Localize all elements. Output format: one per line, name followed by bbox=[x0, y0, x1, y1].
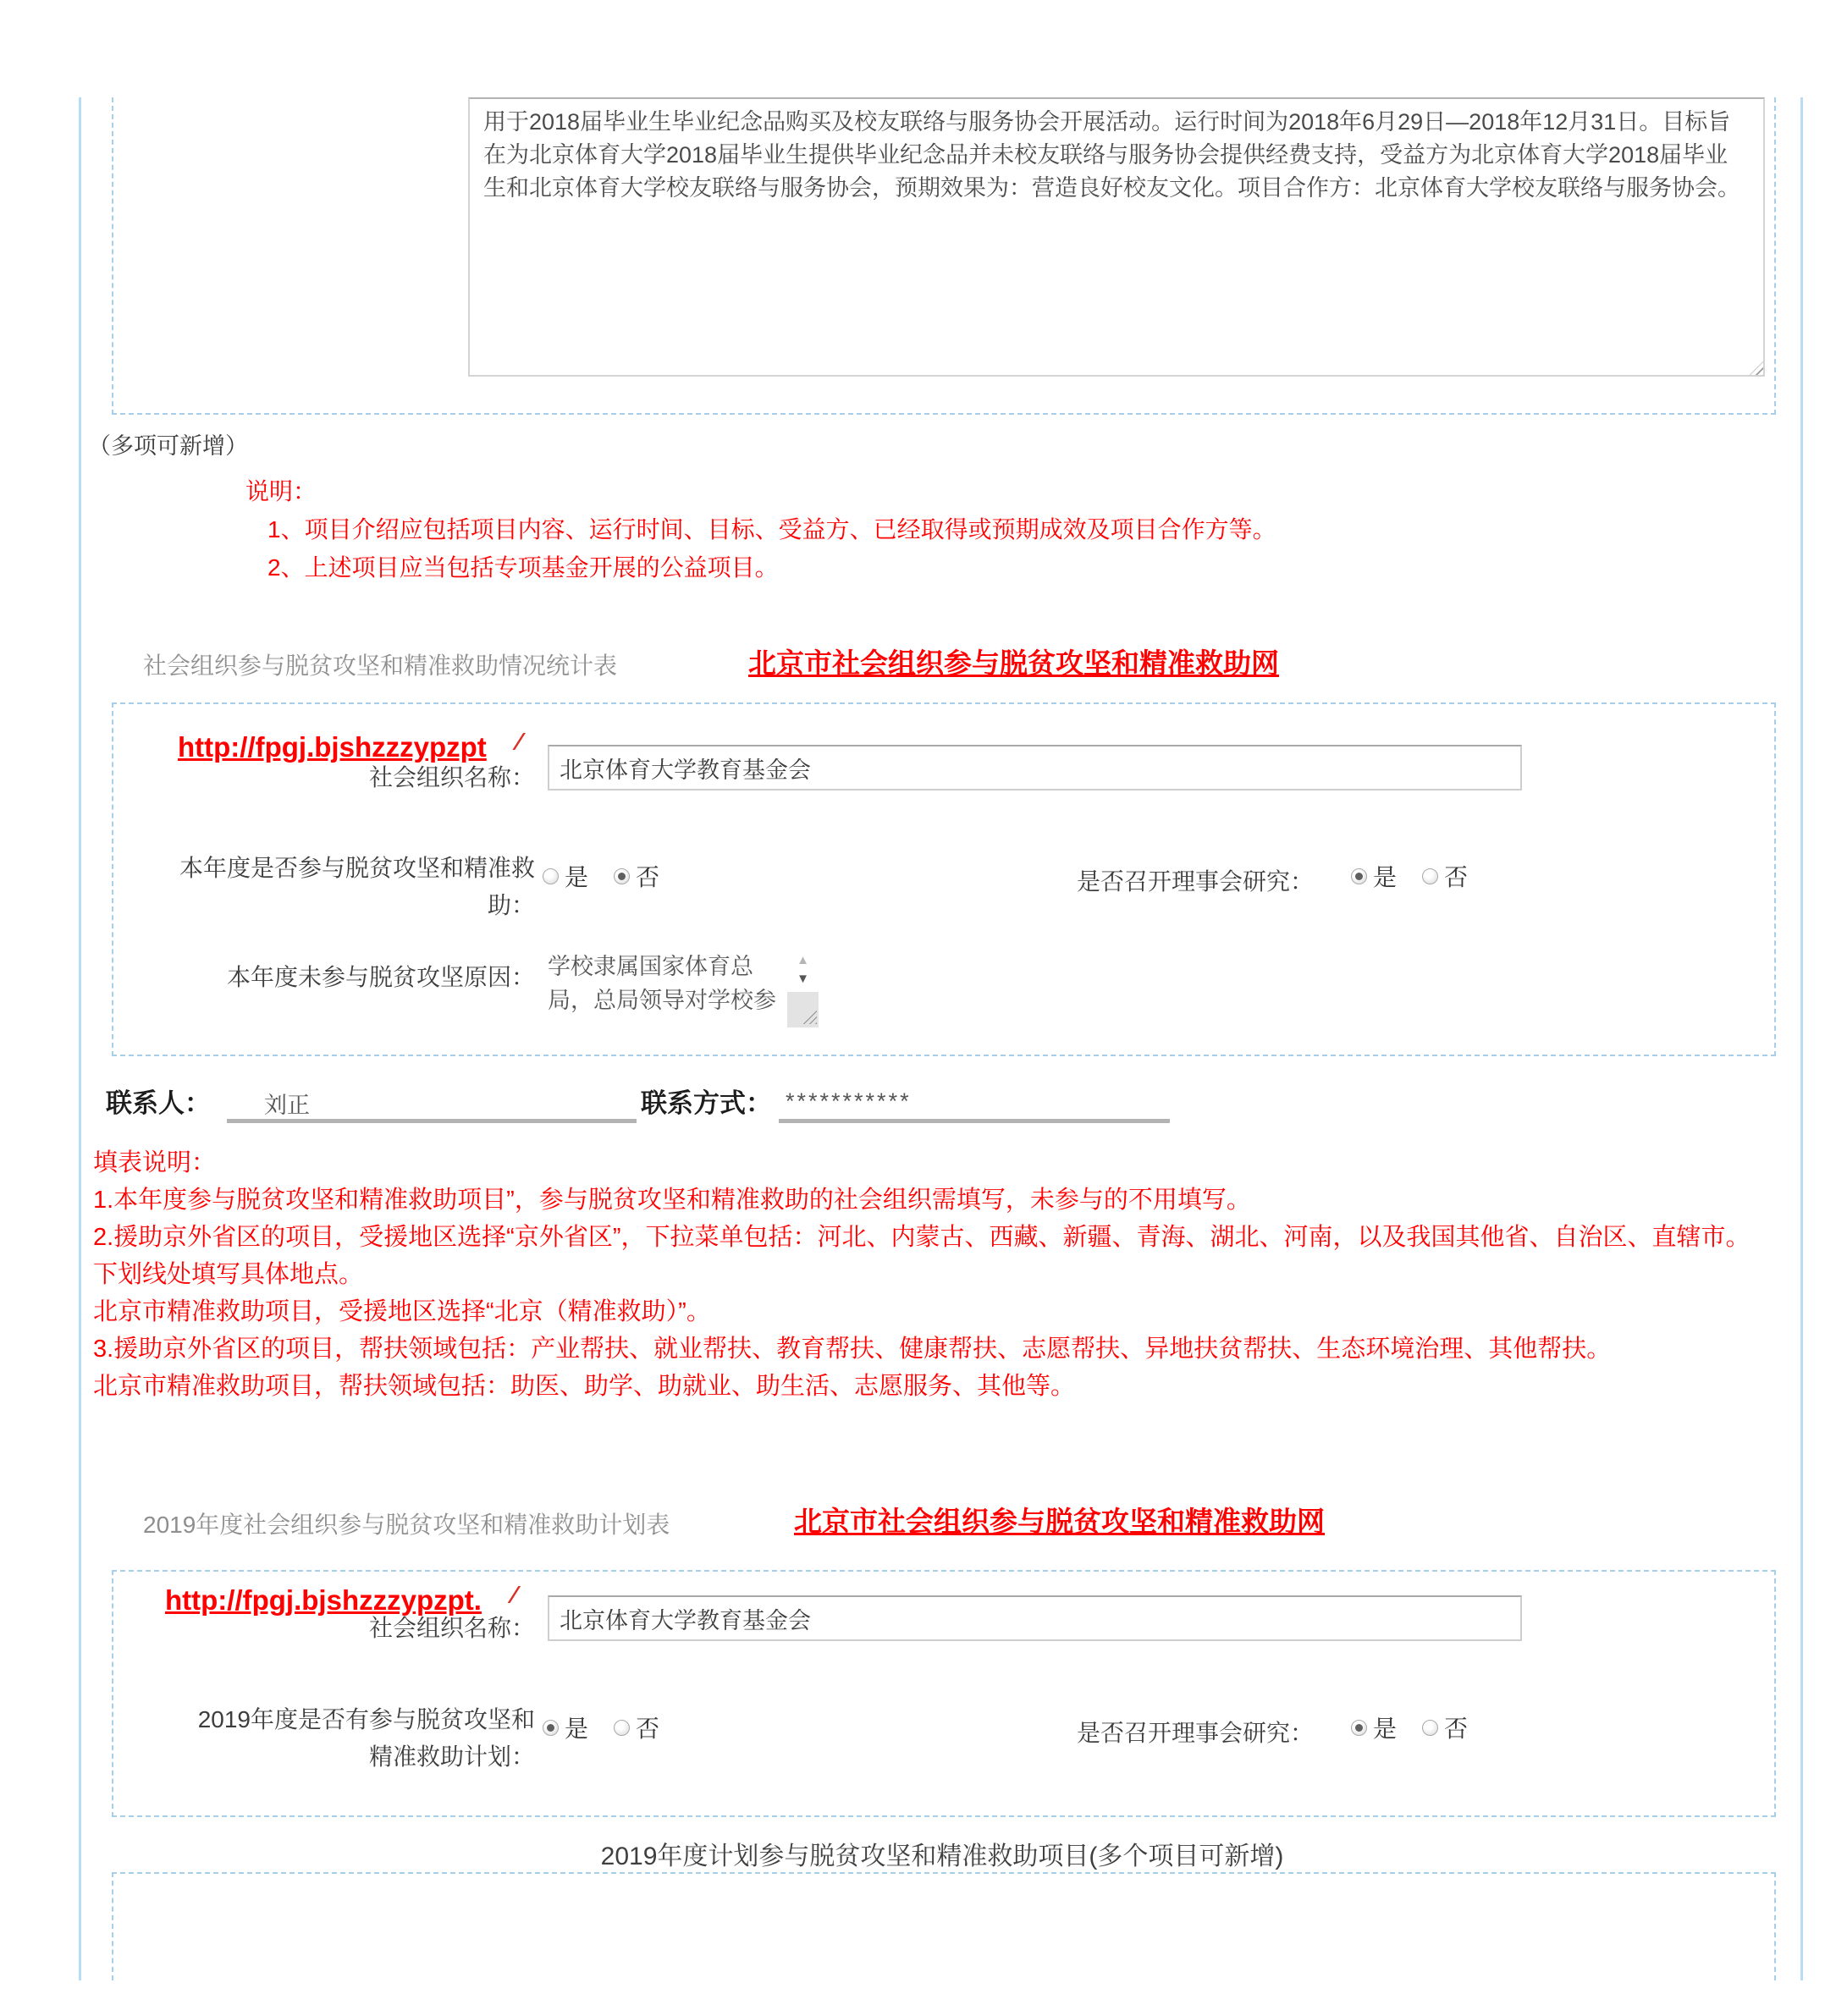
plan-participate-options: 是 否 bbox=[543, 1713, 685, 1742]
plan-url-tail: ⁄ bbox=[512, 1582, 516, 1610]
plan-org-name-label: 社会组织名称： bbox=[281, 1610, 535, 1647]
plan-section-title: 2019年度社会组织参与脱贫攻坚和精准救助计划表 bbox=[143, 1506, 670, 1540]
contact-method-label: 联系方式： bbox=[641, 1082, 772, 1120]
stat-board-yes-radio[interactable] bbox=[1351, 868, 1367, 884]
notes-item-1: 1、项目介绍应包括项目内容、运行时间、目标、受益方、已经取得或预期成效及项目合作… bbox=[267, 510, 1276, 548]
notes-block: 说明： 1、项目介绍应包括项目内容、运行时间、目标、受益方、已经取得或预期成效及… bbox=[245, 472, 1276, 587]
contact-person-label: 联系人： bbox=[106, 1082, 211, 1120]
stat-participate-label-line2: 助： bbox=[133, 887, 535, 924]
stat-participate-no-label: 否 bbox=[636, 859, 659, 893]
plan-participate-label-line2: 精准救助计划： bbox=[135, 1738, 535, 1776]
plan-projects-title: 2019年度计划参与脱贫攻坚和精准救助项目(多个项目可新增) bbox=[79, 1835, 1806, 1872]
plan-board-options: 是 否 bbox=[1351, 1713, 1493, 1742]
plan-participate-yes-label: 是 bbox=[565, 1710, 588, 1744]
stat-participate-no-radio[interactable] bbox=[614, 868, 630, 884]
stat-participate-options: 是 否 bbox=[543, 862, 685, 890]
contact-person-value[interactable]: 刘正 bbox=[264, 1087, 310, 1120]
stat-board-no-radio[interactable] bbox=[1422, 868, 1438, 884]
plan-board-label: 是否召开理事会研究： bbox=[1077, 1715, 1314, 1749]
stat-section-title: 社会组织参与脱贫攻坚和精准救助情况统计表 bbox=[143, 647, 617, 681]
stat-section-site-link[interactable]: 北京市社会组织参与脱贫攻坚和精准救助网 bbox=[748, 642, 1279, 681]
plan-board-no-label: 否 bbox=[1444, 1710, 1468, 1744]
stat-board-label: 是否召开理事会研究： bbox=[1077, 863, 1314, 897]
scroll-up-icon[interactable]: ▲ bbox=[787, 951, 819, 970]
plan-participate-yes-radio[interactable] bbox=[543, 1720, 559, 1736]
plan-board-yes-label: 是 bbox=[1373, 1710, 1397, 1744]
notes-title: 说明： bbox=[245, 472, 1276, 510]
form-page: 用于2018届毕业生毕业纪念品购买及校友联络与服务协会开展活动。运行时间为201… bbox=[0, 0, 1847, 2016]
plan-projects-box bbox=[112, 1872, 1776, 1980]
plan-org-name-input[interactable] bbox=[548, 1595, 1522, 1641]
plan-participate-no-radio[interactable] bbox=[614, 1720, 630, 1736]
form-notes-line-1: 1.本年度参与脱贫攻坚和精准救助项目”，参与脱贫攻坚和精准救助的社会组织需填写，… bbox=[93, 1182, 1773, 1219]
plan-participate-no-label: 否 bbox=[636, 1710, 659, 1744]
form-notes-line-3: 北京市精准救助项目，受援地区选择“北京（精准救助）”。 bbox=[93, 1293, 1773, 1330]
stat-board-yes-label: 是 bbox=[1373, 859, 1397, 893]
notes-item-2: 2、上述项目应当包括专项基金开展的公益项目。 bbox=[267, 548, 1276, 587]
plan-participate-label-line1: 2019年度是否有参与脱贫攻坚和 bbox=[135, 1701, 535, 1738]
stat-participate-label-line1: 本年度是否参与脱贫攻坚和精准救 bbox=[133, 850, 535, 887]
stat-url-tail: ⁄ bbox=[517, 729, 521, 757]
form-notes-line-4: 3.援助京外省区的项目，帮扶领域包括：产业帮扶、就业帮扶、教育帮扶、健康帮扶、志… bbox=[93, 1330, 1773, 1368]
stat-org-name-input[interactable] bbox=[548, 745, 1522, 790]
form-notes-line-2: 2.援助京外省区的项目，受援地区选择“京外省区”，下拉菜单包括：河北、内蒙古、西… bbox=[93, 1219, 1773, 1293]
stat-participate-yes-radio[interactable] bbox=[543, 868, 559, 884]
plan-participate-label: 2019年度是否有参与脱贫攻坚和 精准救助计划： bbox=[135, 1701, 535, 1776]
contact-person-underline bbox=[227, 1119, 637, 1123]
contact-method-value[interactable]: *********** bbox=[786, 1088, 912, 1115]
addable-note: （多项可新增） bbox=[88, 427, 248, 460]
stat-reason-textarea[interactable]: 学校隶属国家体育总局，总局领导对学校参 ▲ ▼ bbox=[548, 938, 819, 1014]
stat-board-options: 是 否 bbox=[1351, 862, 1493, 890]
stat-participate-yes-label: 是 bbox=[565, 859, 588, 893]
reason-scrollbar[interactable]: ▲ ▼ bbox=[787, 951, 819, 1014]
form-notes-title: 填表说明： bbox=[93, 1144, 1773, 1182]
form-notes-block: 填表说明： 1.本年度参与脱贫攻坚和精准救助项目”，参与脱贫攻坚和精准救助的社会… bbox=[93, 1144, 1773, 1405]
plan-board-yes-radio[interactable] bbox=[1351, 1720, 1367, 1736]
scroll-down-icon[interactable]: ▼ bbox=[787, 970, 819, 989]
plan-section-site-link[interactable]: 北京市社会组织参与脱贫攻坚和精准救助网 bbox=[794, 1500, 1325, 1540]
stat-reason-label: 本年度未参与脱贫攻坚原因： bbox=[169, 959, 535, 996]
stat-org-name-label: 社会组织名称： bbox=[281, 759, 535, 796]
stat-board-no-label: 否 bbox=[1444, 859, 1468, 893]
stat-url-link[interactable]: http://fpgj.bjshzzzypzpt bbox=[178, 731, 487, 763]
stat-participate-label: 本年度是否参与脱贫攻坚和精准救 助： bbox=[133, 850, 535, 924]
contact-method-underline bbox=[779, 1119, 1170, 1123]
project-intro-textarea[interactable]: 用于2018届毕业生毕业纪念品购买及校友联络与服务协会开展活动。运行时间为201… bbox=[468, 97, 1765, 377]
plan-board-no-radio[interactable] bbox=[1422, 1720, 1438, 1736]
stat-reason-text: 学校隶属国家体育总局，总局领导对学校参 bbox=[548, 950, 783, 1014]
form-notes-line-5: 北京市精准救助项目，帮扶领域包括：助医、助学、助就业、助生活、志愿服务、其他等。 bbox=[93, 1368, 1773, 1405]
